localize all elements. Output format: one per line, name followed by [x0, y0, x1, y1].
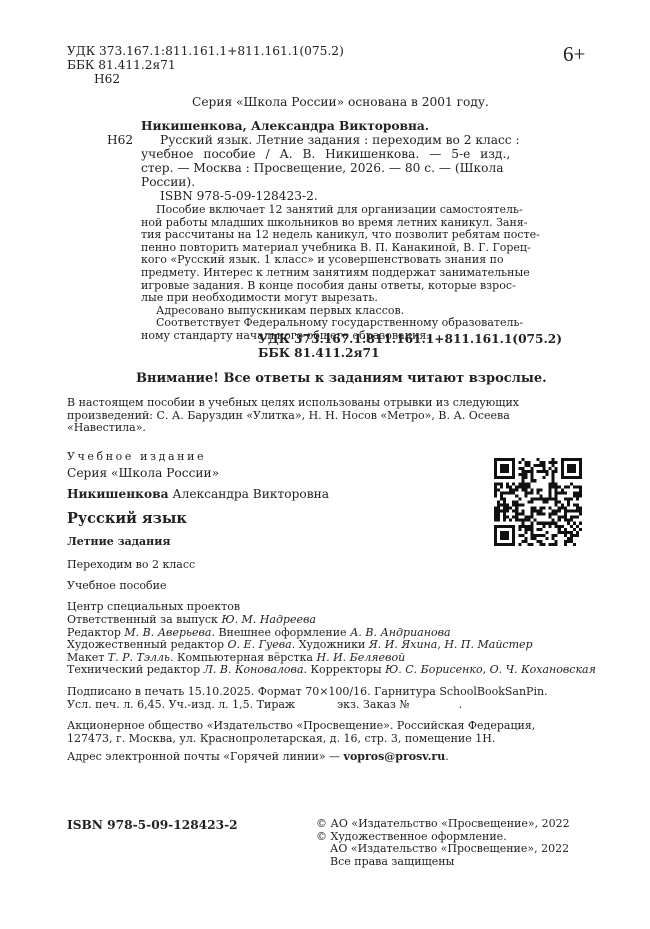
imprint-credits: Ответственный за выпуск Ю. М. НадрееваРе… — [67, 614, 596, 677]
email-link[interactable]: vopros@prosv.ru — [344, 750, 446, 763]
imprint-kind: Учебное пособие — [67, 580, 167, 593]
footer-isbn: ISBN 978-5-09-128423-2 — [67, 818, 238, 832]
imprint-author: Никишенкова Александра Викторовна — [67, 487, 329, 501]
credit-line: Технический редактор Л. В. Коновалова. К… — [67, 664, 596, 677]
imprint-series: Серия «Школа России» — [67, 466, 219, 480]
card-udk: УДК 373.167.1:811.161.1+811.161.1(075.2) — [258, 332, 562, 346]
imprint-center: Центр специальных проектов — [67, 601, 240, 614]
answers-notice: Внимание! Все ответы к заданиям читают в… — [136, 371, 547, 386]
qr-code-icon[interactable] — [494, 458, 582, 546]
series-note: Серия «Школа России» основана в 2001 год… — [192, 95, 489, 109]
imprint-grade: Переходим во 2 класс — [67, 559, 195, 572]
header-udk: УДК 373.167.1:811.161.1+811.161.1(075.2) — [67, 44, 344, 58]
card-bbk: ББК 81.411.2я71 — [258, 346, 380, 360]
card-author: Никишенкова, Александра Викторовна. — [141, 119, 429, 133]
publisher-address-2: 127473, г. Москва, ул. Краснопролетарска… — [67, 733, 495, 746]
excerpts-note: В настоящем пособии в учебных целях испо… — [67, 397, 519, 435]
copyright: © АО «Издательство «Просвещение», 2022 ©… — [316, 818, 570, 868]
publisher-address-1: Акционерное общество «Издательство «Прос… — [67, 720, 535, 733]
imprint-title: Русский язык — [67, 510, 187, 527]
card-isbn: ISBN 978-5-09-128423-2. — [160, 189, 318, 203]
header-bbk: ББК 81.411.2я71 — [67, 58, 176, 72]
imprint-subtitle: Летние задания — [67, 536, 171, 549]
edition-type: Учебное издание — [67, 451, 206, 464]
print-info-2: Усл. печ. л. 6,45. Уч.-изд. л. 1,5. Тира… — [67, 699, 462, 712]
card-code: Н62 — [107, 133, 133, 147]
card-annotation: Пособие включает 12 занятий для организа… — [141, 204, 509, 343]
print-info-1: Подписано в печать 15.10.2025. Формат 70… — [67, 686, 548, 699]
card-title: Русский язык. Летние задания : переходим… — [141, 133, 449, 189]
header-code: Н62 — [94, 72, 120, 86]
hotline-email: Адрес электронной почты «Горячей линии» … — [67, 751, 449, 764]
age-rating: 6+ — [563, 42, 585, 67]
